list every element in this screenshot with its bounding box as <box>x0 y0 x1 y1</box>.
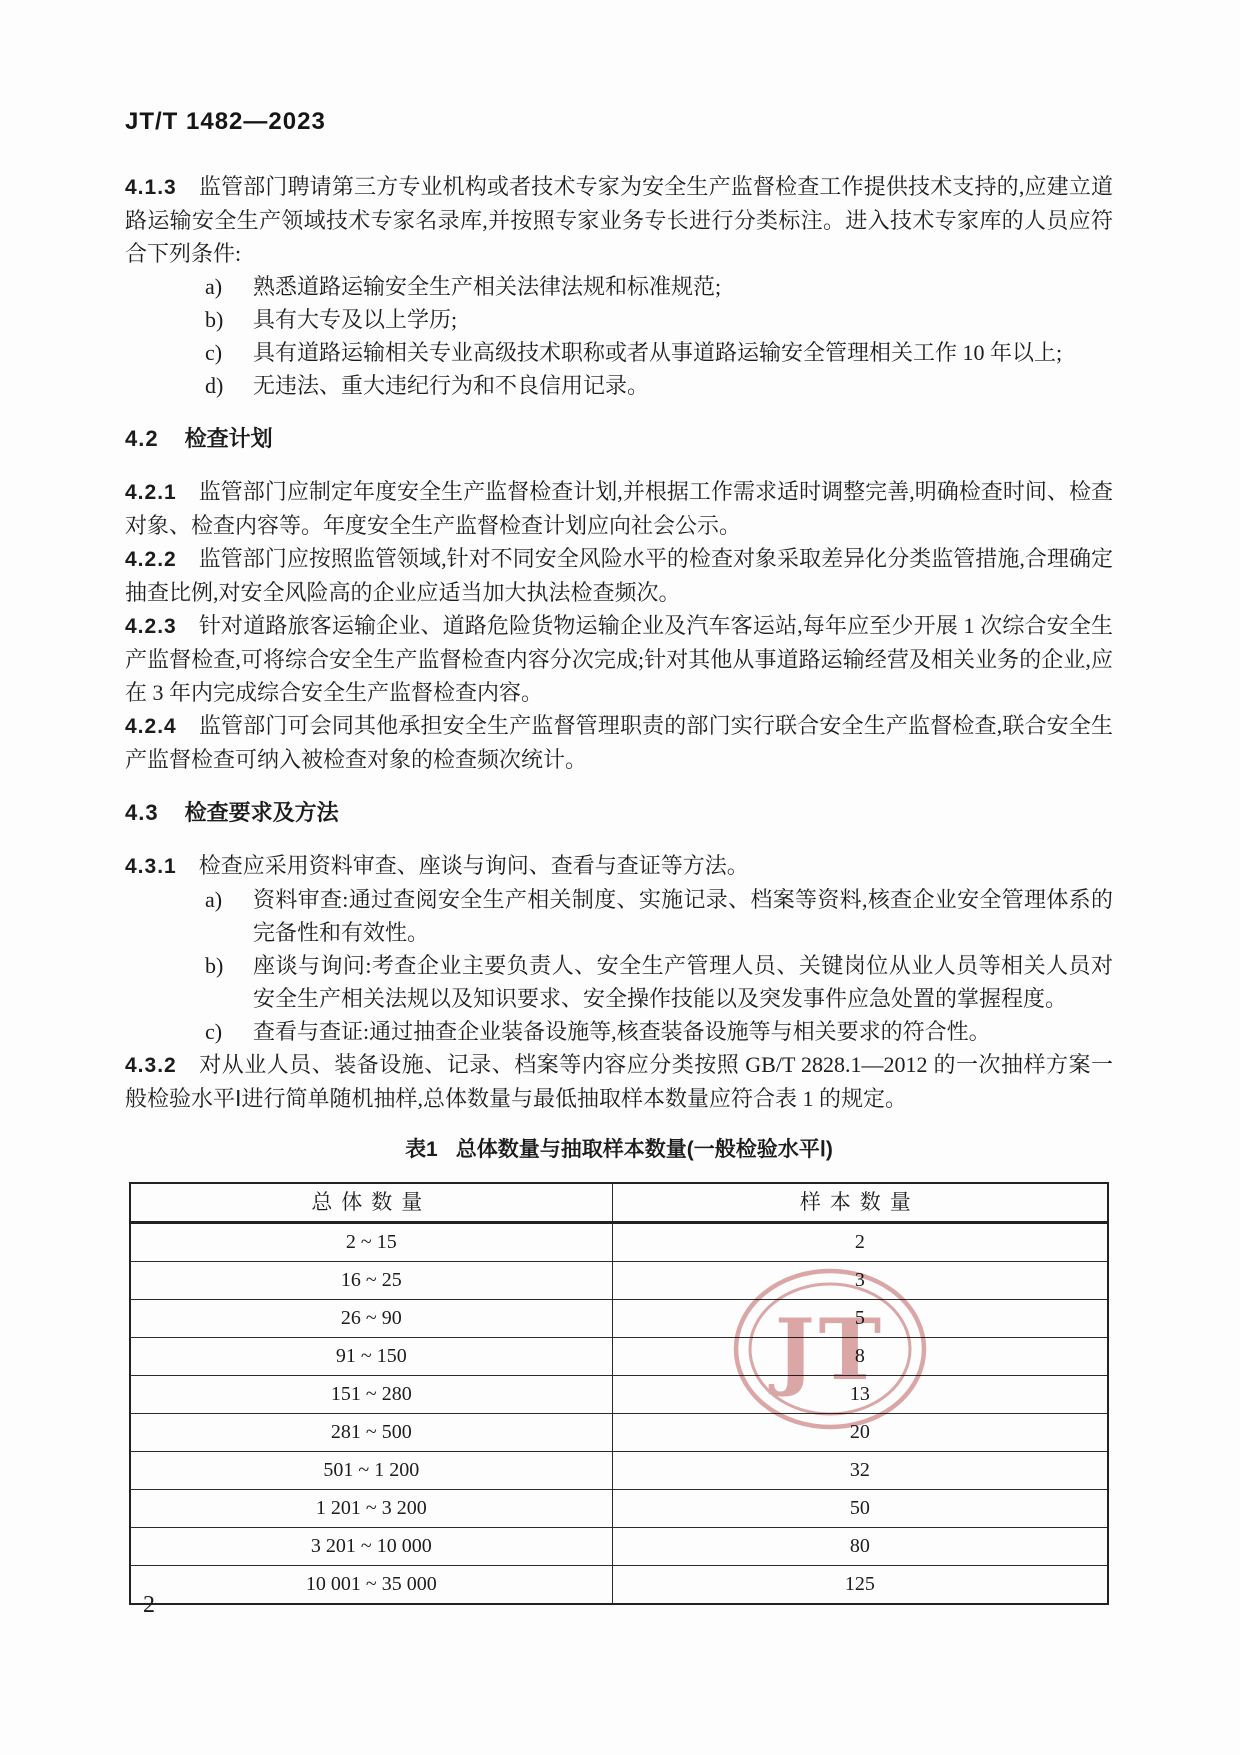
clause-4-2-3: 4.2.3针对道路旅客运输企业、道路危险货物运输企业及汽车客运站,每年应至少开展… <box>125 609 1113 709</box>
table-row: 10 001 ~ 35 000125 <box>130 1566 1108 1605</box>
sample-cell: 50 <box>612 1490 1108 1528</box>
sample-cell: 13 <box>612 1376 1108 1414</box>
clause-number: 4.2.1 <box>125 481 177 504</box>
population-cell: 151 ~ 280 <box>130 1376 612 1414</box>
clause-4-2-1: 4.2.1监管部门应制定年度安全生产监督检查计划,并根据工作需求适时调整完善,明… <box>125 475 1113 542</box>
clause-text: 检查应采用资料审查、座谈与询问、查看与查证等方法。 <box>199 853 749 878</box>
list-item-c: c)查看与查证:通过抽查企业装备设施等,核查装备设施等与相关要求的符合性。 <box>125 1015 1113 1048</box>
list-item-c: c)具有道路运输相关专业高级技术职称或者从事道路运输安全管理相关工作 10 年以… <box>125 336 1113 369</box>
standard-number-header: JT/T 1482—2023 <box>125 108 326 136</box>
list-item-text: 具有大专及以上学历; <box>253 307 457 332</box>
section-number: 4.3 <box>125 800 159 825</box>
list-item-a: a)熟悉道路运输安全生产相关法律法规和标准规范; <box>125 270 1113 303</box>
table-row: 151 ~ 28013 <box>130 1376 1108 1414</box>
clause-text: 对从业人员、装备设施、记录、档案等内容应分类按照 GB/T 2828.1—201… <box>125 1052 1113 1111</box>
clause-text: 针对道路旅客运输企业、道路危险货物运输企业及汽车客运站,每年应至少开展 1 次综… <box>125 613 1113 705</box>
clause-number: 4.3.1 <box>125 855 177 878</box>
population-cell: 16 ~ 25 <box>130 1262 612 1300</box>
population-cell: 281 ~ 500 <box>130 1414 612 1452</box>
population-cell: 91 ~ 150 <box>130 1338 612 1376</box>
table-row: 26 ~ 905 <box>130 1300 1108 1338</box>
table-row: 2 ~ 152 <box>130 1223 1108 1262</box>
clause-text: 监管部门应制定年度安全生产监督检查计划,并根据工作需求适时调整完善,明确检查时间… <box>125 479 1113 538</box>
list-item-text: 资料审查:通过查阅安全生产相关制度、实施记录、档案等资料,核查企业安全管理体系的… <box>253 887 1113 945</box>
section-title: 检查要求及方法 <box>185 800 339 825</box>
list-marker: d) <box>205 369 223 402</box>
list-item-text: 具有道路运输相关专业高级技术职称或者从事道路运输安全管理相关工作 10 年以上; <box>253 340 1062 365</box>
list-marker: a) <box>205 883 222 916</box>
population-cell: 26 ~ 90 <box>130 1300 612 1338</box>
list-item-b: b)座谈与询问:考查企业主要负责人、安全生产管理人员、关键岗位从业人员等相关人员… <box>125 949 1113 1015</box>
list-marker: b) <box>205 949 223 982</box>
population-cell: 3 201 ~ 10 000 <box>130 1528 612 1566</box>
population-cell: 10 001 ~ 35 000 <box>130 1566 612 1605</box>
sample-cell: 2 <box>612 1223 1108 1262</box>
clause-4-2-2: 4.2.2监管部门应按照监管领域,针对不同安全风险水平的检查对象采取差异化分类监… <box>125 542 1113 609</box>
sample-cell: 20 <box>612 1414 1108 1452</box>
list-item-text: 熟悉道路运输安全生产相关法律法规和标准规范; <box>253 274 721 299</box>
list-item-text: 座谈与询问:考查企业主要负责人、安全生产管理人员、关键岗位从业人员等相关人员对安… <box>253 953 1113 1011</box>
list-marker: b) <box>205 303 223 336</box>
clause-4-3-1: 4.3.1检查应采用资料审查、座谈与询问、查看与查证等方法。 <box>125 849 1113 883</box>
section-heading-4-3: 4.3检查要求及方法 <box>125 796 1113 829</box>
clause-4-1-3: 4.1.3监管部门聘请第三方专业机构或者技术专家为安全生产监督检查工作提供技术支… <box>125 170 1113 270</box>
table-number: 表1 <box>405 1138 438 1161</box>
list-marker: c) <box>205 336 222 369</box>
clause-text: 监管部门可会同其他承担安全生产监督管理职责的部门实行联合安全生产监督检查,联合安… <box>125 713 1113 772</box>
table-row: 3 201 ~ 10 00080 <box>130 1528 1108 1566</box>
population-cell: 501 ~ 1 200 <box>130 1452 612 1490</box>
clause-number: 4.3.2 <box>125 1054 177 1077</box>
table-row: 281 ~ 50020 <box>130 1414 1108 1452</box>
sample-cell: 5 <box>612 1300 1108 1338</box>
section-number: 4.2 <box>125 426 159 451</box>
document-page: JT/T 1482—2023 4.1.3监管部门聘请第三方专业机构或者技术专家为… <box>0 0 1240 1755</box>
table-row: 501 ~ 1 20032 <box>130 1452 1108 1490</box>
population-cell: 2 ~ 15 <box>130 1223 612 1262</box>
page-number: 2 <box>143 1592 155 1619</box>
list-marker: c) <box>205 1015 222 1048</box>
section-title: 检查计划 <box>185 426 273 451</box>
table-row: 1 201 ~ 3 20050 <box>130 1490 1108 1528</box>
population-cell: 1 201 ~ 3 200 <box>130 1490 612 1528</box>
list-item-text: 无违法、重大违纪行为和不良信用记录。 <box>253 373 649 398</box>
sample-cell: 8 <box>612 1338 1108 1376</box>
clause-number: 4.2.2 <box>125 548 177 571</box>
table-title-text: 总体数量与抽取样本数量(一般检验水平Ⅰ) <box>456 1138 833 1161</box>
table-header-row: 总体数量 样本数量 <box>130 1183 1108 1223</box>
sample-cell: 3 <box>612 1262 1108 1300</box>
list-marker: a) <box>205 270 222 303</box>
clause-number: 4.2.3 <box>125 615 177 638</box>
sample-cell: 80 <box>612 1528 1108 1566</box>
list-item-a: a)资料审查:通过查阅安全生产相关制度、实施记录、档案等资料,核查企业安全管理体… <box>125 883 1113 949</box>
clause-text: 监管部门聘请第三方专业机构或者技术专家为安全生产监督检查工作提供技术支持的,应建… <box>125 174 1113 266</box>
table-1-title: 表1总体数量与抽取样本数量(一般检验水平Ⅰ) <box>125 1133 1113 1166</box>
clause-number: 4.2.4 <box>125 715 177 738</box>
clause-number: 4.1.3 <box>125 176 177 199</box>
list-item-b: b)具有大专及以上学历; <box>125 303 1113 336</box>
clause-4-3-2: 4.3.2对从业人员、装备设施、记录、档案等内容应分类按照 GB/T 2828.… <box>125 1048 1113 1115</box>
sample-cell: 125 <box>612 1566 1108 1605</box>
column-header-sample: 样本数量 <box>612 1183 1108 1223</box>
clause-text: 监管部门应按照监管领域,针对不同安全风险水平的检查对象采取差异化分类监管措施,合… <box>125 546 1113 605</box>
document-body: 4.1.3监管部门聘请第三方专业机构或者技术专家为安全生产监督检查工作提供技术支… <box>125 170 1113 1605</box>
clause-4-2-4: 4.2.4监管部门可会同其他承担安全生产监督管理职责的部门实行联合安全生产监督检… <box>125 709 1113 776</box>
list-item-text: 查看与查证:通过抽查企业装备设施等,核查装备设施等与相关要求的符合性。 <box>253 1019 991 1044</box>
list-item-d: d)无违法、重大违纪行为和不良信用记录。 <box>125 369 1113 402</box>
table-row: 91 ~ 1508 <box>130 1338 1108 1376</box>
table-row: 16 ~ 253 <box>130 1262 1108 1300</box>
column-header-population: 总体数量 <box>130 1183 612 1223</box>
sample-cell: 32 <box>612 1452 1108 1490</box>
sample-size-table: 总体数量 样本数量 2 ~ 152 16 ~ 253 26 ~ 905 91 ~… <box>129 1182 1109 1605</box>
section-heading-4-2: 4.2检查计划 <box>125 422 1113 455</box>
